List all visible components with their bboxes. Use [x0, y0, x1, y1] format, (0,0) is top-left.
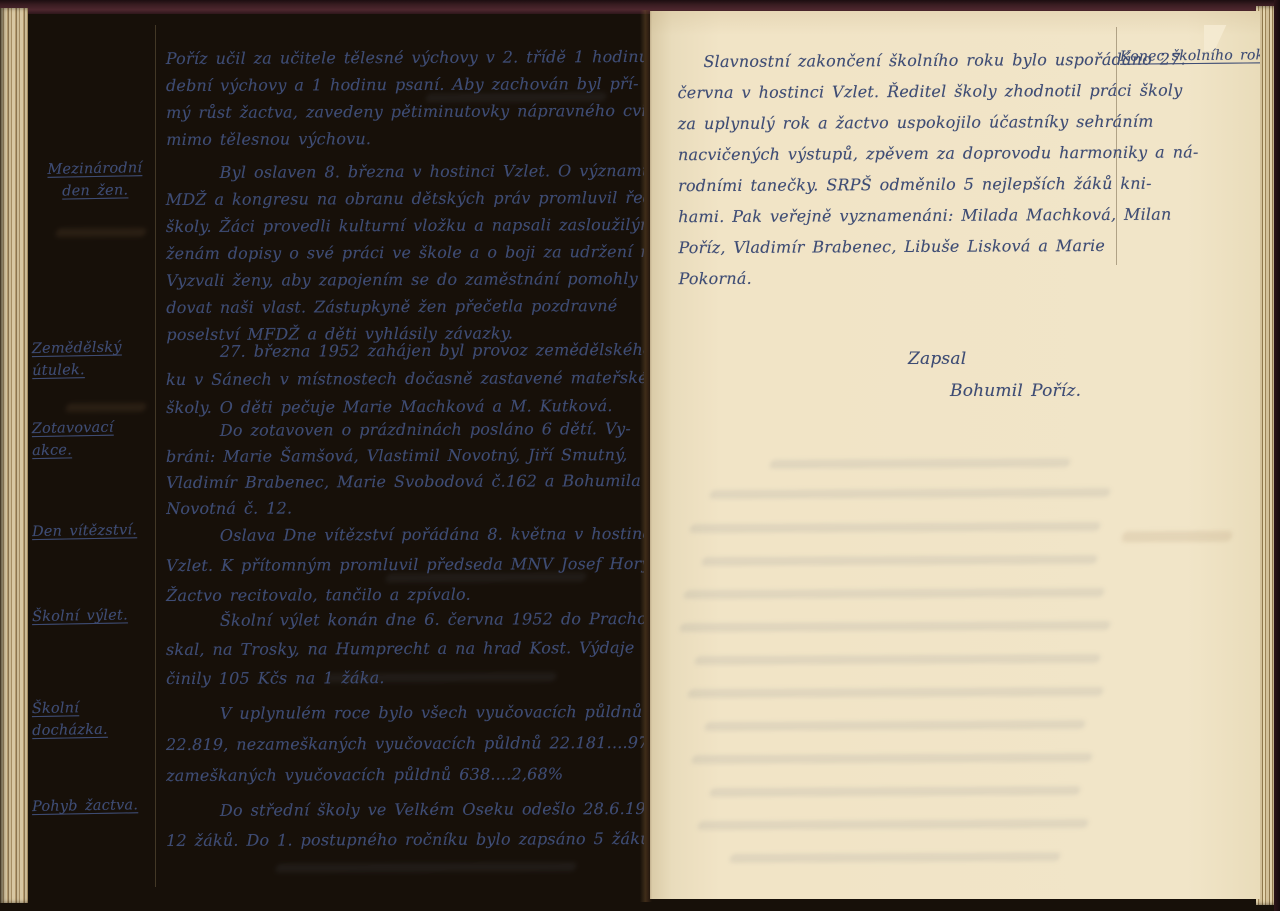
bleed-through-mark [729, 852, 1061, 863]
handwriting-line: Slavnostní zakončení školního roku bylo … [677, 44, 1127, 77]
margin-label: Den vítězství. [32, 519, 158, 543]
bleed-through-mark [704, 720, 1086, 731]
bleed-through-mark [701, 555, 1098, 566]
bleed-through-mark [55, 228, 147, 237]
handwriting-line: Do zotavoven o prázdninách posláno 6 dět… [166, 416, 644, 444]
bleed-through-mark [709, 488, 1111, 499]
handwriting-line: ženám dopisy o své práci ve škole a o bo… [166, 238, 644, 267]
signature-role: Zapsal [908, 349, 966, 369]
bleed-through-mark [769, 458, 1071, 469]
paragraph: 27. března 1952 zahájen byl provoz zeměd… [166, 336, 644, 422]
handwriting-line: mimo tělesnou výchovu. [166, 124, 644, 153]
bleed-through-mark [694, 654, 1101, 665]
handwriting-line: Vladimír Brabenec, Marie Svobodová č.162… [166, 468, 644, 496]
handwriting-line: bráni: Marie Šamšová, Vlastimil Novotný,… [166, 442, 644, 470]
paragraph: Byl oslaven 8. března v hostinci Vzlet. … [166, 157, 644, 348]
handwriting-line: za uplynulý rok a žactvo uspokojilo účas… [678, 106, 1128, 139]
handwriting-line: Novotná č. 12. [166, 494, 644, 522]
margin-label: Pohyb žactva. [32, 794, 158, 818]
handwriting-line: Poříz učil za učitele tělesné výchovy v … [166, 43, 644, 72]
handwriting-line: Vzlet. K přítomným promluvil předseda MN… [166, 549, 644, 581]
book-photo: Poříz učil za učitele tělesné výchovy v … [0, 0, 1280, 911]
handwriting-line: mý růst žactva, zavedeny pětiminutovky n… [166, 97, 644, 126]
handwriting-line: Do střední školy ve Velkém Oseku odešlo … [166, 794, 644, 826]
bleed-through-mark [683, 588, 1105, 599]
handwriting-line: rodními tanečky. SRPŠ odměnilo 5 nejlepš… [678, 168, 1128, 201]
handwriting-line: 27. března 1952 zahájen byl provoz zeměd… [166, 336, 644, 366]
bleed-through-mark [65, 403, 147, 412]
handwriting-line: Školní výlet konán dne 6. června 1952 do… [166, 604, 644, 635]
margin-label: Školní výlet. [32, 604, 158, 628]
handwriting-line: Oslava Dne vítězství pořádána 8. května … [166, 519, 644, 551]
bleed-through-mark [1121, 531, 1233, 543]
margin-label: Školní docházka. [32, 696, 159, 742]
handwriting-line: 22.819, nezameškaných vyučovacích půldnů… [166, 727, 644, 760]
bleed-through-mark [697, 819, 1089, 830]
margin-label: Mezinárodní den žen. [32, 157, 159, 203]
signature-name: Bohumil Poříz. [950, 381, 1081, 401]
bleed-through-mark [689, 522, 1101, 533]
handwriting-line: Pokorná. [678, 261, 1128, 294]
paragraph: Školní výlet konán dne 6. června 1952 do… [166, 604, 644, 693]
margin-label: Zotavovací akce. [32, 416, 159, 462]
handwriting-line: dovat naši vlast. Zástupkyně žen přečetl… [166, 292, 644, 321]
handwriting-line: V uplynulém roce bylo všech vyučovacích … [166, 696, 644, 729]
paragraph: Poříz učil za učitele tělesné výchovy v … [166, 43, 644, 153]
handwriting-line: zameškaných vyučovacích půldnů 638....2,… [166, 758, 644, 791]
handwriting-line: Poříz, Vladimír Brabenec, Libuše Lisková… [678, 230, 1128, 263]
handwriting-line: MDŽ a kongresu na obranu dětských práv p… [166, 184, 644, 213]
handwriting-line: školy. Žáci provedli kulturní vložku a n… [166, 211, 644, 240]
handwriting-line: nacvičených výstupů, zpěvem za doprovodu… [678, 137, 1128, 170]
book-cover-right [1274, 0, 1280, 911]
right-page: Konec školního roku. Slavnostní zakončen… [650, 11, 1260, 899]
paragraph-konec-skolniho-roku: Slavnostní zakončení školního roku bylo … [677, 44, 1128, 294]
handwriting-line: dební výchovy a 1 hodinu psaní. Aby zach… [166, 70, 644, 99]
handwriting-line: Byl oslaven 8. března v hostinci Vzlet. … [166, 157, 644, 186]
page-edges-left [0, 8, 28, 903]
handwriting-line: hami. Pak veřejně vyznamenáni: Milada Ma… [678, 199, 1128, 232]
bleed-through-mark [275, 862, 577, 873]
handwriting-line: skal, na Trosky, na Humprecht a na hrad … [166, 633, 644, 664]
handwriting-line: 12 žáků. Do 1. postupného ročníku bylo z… [166, 824, 644, 856]
handwriting-line: ku v Sánech v místnostech dočasně zastav… [166, 364, 644, 394]
bleed-through-mark [687, 687, 1104, 698]
bleed-through-mark [709, 786, 1081, 797]
left-page: Poříz učil za učitele tělesné výchovy v … [26, 13, 644, 899]
paragraph: Do zotavoven o prázdninách posláno 6 dět… [166, 416, 644, 522]
bleed-through-mark [691, 753, 1093, 764]
handwriting-line: činily 105 Kčs na 1 žáka. [166, 662, 644, 693]
handwriting-line: Vyzvali ženy, aby zapojením se do zaměst… [166, 265, 644, 294]
paragraph: V uplynulém roce bylo všech vyučovacích … [166, 696, 644, 791]
paragraph: Do střední školy ve Velkém Oseku odešlo … [166, 794, 644, 856]
handwriting-line: června v hostinci Vzlet. Ředitel školy z… [678, 75, 1128, 108]
bleed-through-mark [679, 621, 1111, 632]
book-gutter [640, 10, 652, 902]
margin-label: Zemědělský útulek. [32, 336, 159, 382]
paragraph: Oslava Dne vítězství pořádána 8. května … [166, 519, 644, 611]
